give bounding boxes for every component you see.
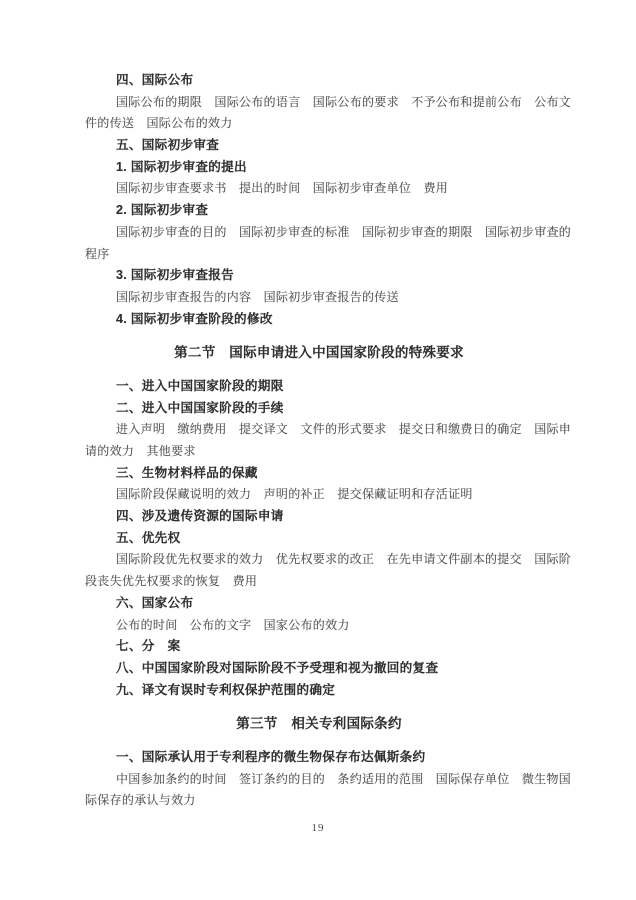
document-page: 四、国际公布国际公布的期限 国际公布的语言 国际公布的要求 不予公布和提前公布 … bbox=[0, 0, 636, 900]
toc-heading-line: 一、国际承认用于专利程序的微生物保存布达佩斯条约 bbox=[85, 747, 553, 769]
toc-topic-line: 公布的时间 公布的文字 国家公布的效力 bbox=[85, 615, 553, 637]
toc-topic-line: 国际阶段优先权要求的效力 优先权要求的改正 在先申请文件副本的提交 国际阶 bbox=[85, 549, 553, 571]
toc-heading-line: 八、中国国家阶段对国际阶段不予受理和视为撤回的复查 bbox=[85, 658, 553, 680]
toc-topic-line: 请的效力 其他要求 bbox=[85, 441, 553, 463]
toc-heading-line: 1. 国际初步审查的提出 bbox=[85, 157, 553, 179]
toc-heading-line: 五、国际初步审查 bbox=[85, 135, 553, 157]
toc-heading-line: 2. 国际初步审查 bbox=[85, 200, 553, 222]
toc-heading-line: 六、国家公布 bbox=[85, 593, 553, 615]
toc-topic-line: 段丧失优先权要求的恢复 费用 bbox=[85, 571, 553, 593]
toc-heading-line: 3. 国际初步审查报告 bbox=[85, 265, 553, 287]
toc-topic-line: 进入声明 缴纳费用 提交译文 文件的形式要求 提交日和缴费日的确定 国际申 bbox=[85, 419, 553, 441]
section-title: 第二节 国际申请进入中国国家阶段的特殊要求 bbox=[85, 342, 553, 364]
toc-heading-line: 二、进入中国国家阶段的手续 bbox=[85, 398, 553, 420]
toc-topic-line: 中国参加条约的时间 签订条约的目的 条约适用的范围 国际保存单位 微生物国 bbox=[85, 769, 553, 791]
page-number: 19 bbox=[0, 822, 636, 834]
section-title: 第三节 相关专利国际条约 bbox=[85, 713, 553, 735]
toc-topic-line: 国际公布的期限 国际公布的语言 国际公布的要求 不予公布和提前公布 公布文 bbox=[85, 92, 553, 114]
toc-heading-line: 五、优先权 bbox=[85, 528, 553, 550]
toc-topic-line: 国际阶段保藏说明的效力 声明的补正 提交保藏证明和存活证明 bbox=[85, 484, 553, 506]
toc-heading-line: 一、进入中国国家阶段的期限 bbox=[85, 376, 553, 398]
toc-heading-line: 九、译文有误时专利权保护范围的确定 bbox=[85, 680, 553, 702]
toc-topic-line: 程序 bbox=[85, 244, 553, 266]
document-content: 四、国际公布国际公布的期限 国际公布的语言 国际公布的要求 不予公布和提前公布 … bbox=[85, 70, 553, 812]
toc-topic-line: 国际初步审查的目的 国际初步审查的标准 国际初步审查的期限 国际初步审查的 bbox=[85, 222, 553, 244]
toc-heading-line: 4. 国际初步审查阶段的修改 bbox=[85, 309, 553, 331]
toc-topic-line: 件的传送 国际公布的效力 bbox=[85, 113, 553, 135]
toc-heading-line: 七、分 案 bbox=[85, 636, 553, 658]
toc-heading-line: 四、涉及遗传资源的国际申请 bbox=[85, 506, 553, 528]
toc-heading-line: 三、生物材料样品的保藏 bbox=[85, 463, 553, 485]
toc-topic-line: 国际初步审查报告的内容 国际初步审查报告的传送 bbox=[85, 287, 553, 309]
toc-topic-line: 际保存的承认与效力 bbox=[85, 790, 553, 812]
toc-heading-line: 四、国际公布 bbox=[85, 70, 553, 92]
toc-topic-line: 国际初步审查要求书 提出的时间 国际初步审查单位 费用 bbox=[85, 178, 553, 200]
